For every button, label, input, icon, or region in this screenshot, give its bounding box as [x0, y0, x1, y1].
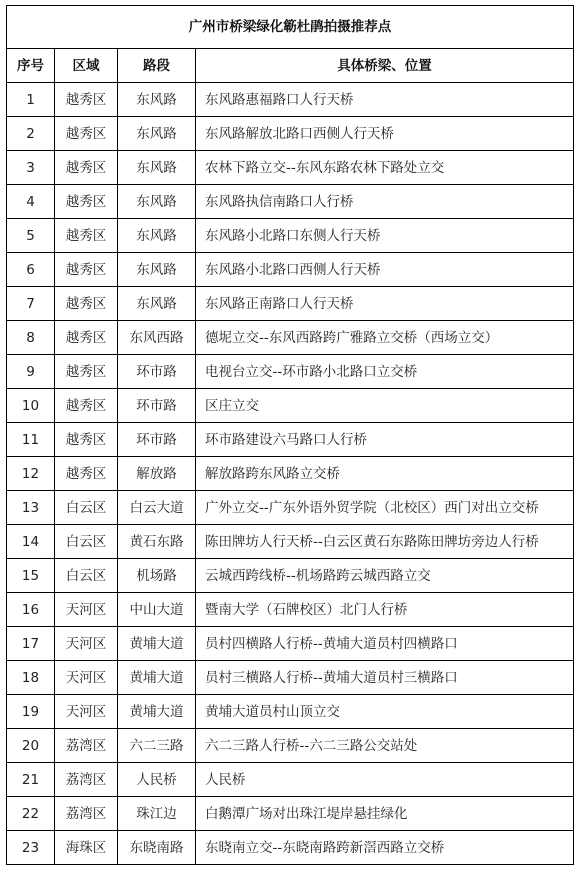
cell-district: 荔湾区: [55, 729, 118, 763]
cell-index: 14: [7, 525, 55, 559]
cell-location: 东风路惠福路口人行天桥: [196, 83, 574, 117]
cell-district: 天河区: [55, 695, 118, 729]
table-title: 广州市桥梁绿化簕杜鹃拍摄推荐点: [7, 6, 574, 49]
cell-index: 8: [7, 321, 55, 355]
cell-road: 黄石东路: [118, 525, 196, 559]
column-header-location: 具体桥梁、位置: [196, 49, 574, 83]
table-row: 18天河区黄埔大道员村三横路人行桥--黄埔大道员村三横路口: [7, 661, 574, 695]
cell-index: 21: [7, 763, 55, 797]
cell-road: 六二三路: [118, 729, 196, 763]
cell-index: 5: [7, 219, 55, 253]
cell-road: 东晓南路: [118, 831, 196, 865]
table-row: 14白云区黄石东路陈田牌坊人行天桥--白云区黄石东路陈田牌坊旁边人行桥: [7, 525, 574, 559]
cell-district: 越秀区: [55, 457, 118, 491]
cell-road: 机场路: [118, 559, 196, 593]
cell-location: 东风路小北路口西侧人行天桥: [196, 253, 574, 287]
table-row: 17天河区黄埔大道员村四横路人行桥--黄埔大道员村四横路口: [7, 627, 574, 661]
cell-index: 7: [7, 287, 55, 321]
cell-district: 越秀区: [55, 83, 118, 117]
table-row: 12越秀区解放路解放路跨东风路立交桥: [7, 457, 574, 491]
cell-district: 越秀区: [55, 321, 118, 355]
cell-road: 环市路: [118, 389, 196, 423]
cell-district: 越秀区: [55, 287, 118, 321]
cell-district: 越秀区: [55, 253, 118, 287]
cell-location: 电视台立交--环市路小北路口立交桥: [196, 355, 574, 389]
table-row: 2越秀区东风路东风路解放北路口西侧人行天桥: [7, 117, 574, 151]
cell-district: 越秀区: [55, 355, 118, 389]
cell-index: 4: [7, 185, 55, 219]
cell-district: 天河区: [55, 627, 118, 661]
table-body: 1越秀区东风路东风路惠福路口人行天桥 2越秀区东风路东风路解放北路口西侧人行天桥…: [7, 83, 574, 865]
cell-index: 3: [7, 151, 55, 185]
cell-index: 11: [7, 423, 55, 457]
cell-road: 中山大道: [118, 593, 196, 627]
cell-index: 23: [7, 831, 55, 865]
cell-district: 越秀区: [55, 185, 118, 219]
cell-road: 黄埔大道: [118, 695, 196, 729]
cell-index: 20: [7, 729, 55, 763]
cell-location: 白鹅潭广场对出珠江堤岸悬挂绿化: [196, 797, 574, 831]
cell-index: 18: [7, 661, 55, 695]
cell-district: 越秀区: [55, 151, 118, 185]
cell-location: 员村三横路人行桥--黄埔大道员村三横路口: [196, 661, 574, 695]
cell-index: 10: [7, 389, 55, 423]
cell-location: 人民桥: [196, 763, 574, 797]
cell-location: 陈田牌坊人行天桥--白云区黄石东路陈田牌坊旁边人行桥: [196, 525, 574, 559]
table-title-row: 广州市桥梁绿化簕杜鹃拍摄推荐点: [7, 6, 574, 49]
column-header-road: 路段: [118, 49, 196, 83]
cell-district: 荔湾区: [55, 797, 118, 831]
table-row: 8越秀区东风西路德坭立交--东风西路跨广雅路立交桥（西场立交）: [7, 321, 574, 355]
cell-district: 越秀区: [55, 389, 118, 423]
cell-location: 东风路正南路口人行天桥: [196, 287, 574, 321]
table-row: 6越秀区东风路东风路小北路口西侧人行天桥: [7, 253, 574, 287]
column-header-district: 区域: [55, 49, 118, 83]
cell-location: 东风路解放北路口西侧人行天桥: [196, 117, 574, 151]
table-row: 10越秀区环市路区庄立交: [7, 389, 574, 423]
cell-location: 员村四横路人行桥--黄埔大道员村四横路口: [196, 627, 574, 661]
table-row: 7越秀区东风路东风路正南路口人行天桥: [7, 287, 574, 321]
cell-road: 东风路: [118, 151, 196, 185]
cell-district: 越秀区: [55, 117, 118, 151]
cell-index: 19: [7, 695, 55, 729]
cell-road: 东风路: [118, 287, 196, 321]
table-row: 11越秀区环市路环市路建设六马路口人行桥: [7, 423, 574, 457]
cell-district: 越秀区: [55, 423, 118, 457]
cell-location: 黄埔大道员村山顶立交: [196, 695, 574, 729]
cell-index: 15: [7, 559, 55, 593]
cell-location: 环市路建设六马路口人行桥: [196, 423, 574, 457]
table-row: 13白云区白云大道广外立交--广东外语外贸学院（北校区）西门对出立交桥: [7, 491, 574, 525]
table-row: 1越秀区东风路东风路惠福路口人行天桥: [7, 83, 574, 117]
cell-road: 东风路: [118, 253, 196, 287]
table-row: 19天河区黄埔大道黄埔大道员村山顶立交: [7, 695, 574, 729]
cell-road: 东风路: [118, 185, 196, 219]
cell-road: 东风路: [118, 83, 196, 117]
cell-district: 白云区: [55, 559, 118, 593]
table-row: 22荔湾区珠江边白鹅潭广场对出珠江堤岸悬挂绿化: [7, 797, 574, 831]
cell-index: 13: [7, 491, 55, 525]
cell-road: 人民桥: [118, 763, 196, 797]
table-row: 16天河区中山大道暨南大学（石牌校区）北门人行桥: [7, 593, 574, 627]
table-row: 23海珠区东晓南路东晓南立交--东晓南路跨新滘西路立交桥: [7, 831, 574, 865]
table-row: 20荔湾区六二三路六二三路人行桥--六二三路公交站处: [7, 729, 574, 763]
cell-location: 东风路小北路口东侧人行天桥: [196, 219, 574, 253]
cell-road: 环市路: [118, 423, 196, 457]
cell-location: 六二三路人行桥--六二三路公交站处: [196, 729, 574, 763]
cell-road: 环市路: [118, 355, 196, 389]
cell-district: 天河区: [55, 661, 118, 695]
table-row: 5越秀区东风路东风路小北路口东侧人行天桥: [7, 219, 574, 253]
cell-district: 白云区: [55, 491, 118, 525]
cell-location: 农林下路立交--东风东路农林下路处立交: [196, 151, 574, 185]
cell-index: 12: [7, 457, 55, 491]
cell-road: 东风西路: [118, 321, 196, 355]
cell-road: 东风路: [118, 219, 196, 253]
cell-road: 白云大道: [118, 491, 196, 525]
table-row: 15白云区机场路云城西跨线桥--机场路跨云城西路立交: [7, 559, 574, 593]
bridge-photo-spots-table: 广州市桥梁绿化簕杜鹃拍摄推荐点 序号 区域 路段 具体桥梁、位置 1越秀区东风路…: [6, 5, 574, 865]
cell-district: 越秀区: [55, 219, 118, 253]
cell-road: 珠江边: [118, 797, 196, 831]
cell-index: 2: [7, 117, 55, 151]
cell-index: 1: [7, 83, 55, 117]
cell-index: 6: [7, 253, 55, 287]
cell-location: 东晓南立交--东晓南路跨新滘西路立交桥: [196, 831, 574, 865]
cell-district: 白云区: [55, 525, 118, 559]
table-row: 4越秀区东风路东风路执信南路口人行桥: [7, 185, 574, 219]
cell-index: 22: [7, 797, 55, 831]
cell-district: 海珠区: [55, 831, 118, 865]
cell-location: 广外立交--广东外语外贸学院（北校区）西门对出立交桥: [196, 491, 574, 525]
column-header-index: 序号: [7, 49, 55, 83]
cell-location: 东风路执信南路口人行桥: [196, 185, 574, 219]
cell-location: 解放路跨东风路立交桥: [196, 457, 574, 491]
cell-index: 9: [7, 355, 55, 389]
cell-road: 东风路: [118, 117, 196, 151]
cell-road: 黄埔大道: [118, 661, 196, 695]
table-row: 9越秀区环市路电视台立交--环市路小北路口立交桥: [7, 355, 574, 389]
table-row: 3越秀区东风路农林下路立交--东风东路农林下路处立交: [7, 151, 574, 185]
cell-location: 区庄立交: [196, 389, 574, 423]
table-header-row: 序号 区域 路段 具体桥梁、位置: [7, 49, 574, 83]
cell-index: 17: [7, 627, 55, 661]
cell-district: 天河区: [55, 593, 118, 627]
cell-location: 云城西跨线桥--机场路跨云城西路立交: [196, 559, 574, 593]
cell-location: 德坭立交--东风西路跨广雅路立交桥（西场立交）: [196, 321, 574, 355]
cell-road: 解放路: [118, 457, 196, 491]
table-row: 21荔湾区人民桥人民桥: [7, 763, 574, 797]
cell-district: 荔湾区: [55, 763, 118, 797]
cell-location: 暨南大学（石牌校区）北门人行桥: [196, 593, 574, 627]
cell-road: 黄埔大道: [118, 627, 196, 661]
cell-index: 16: [7, 593, 55, 627]
